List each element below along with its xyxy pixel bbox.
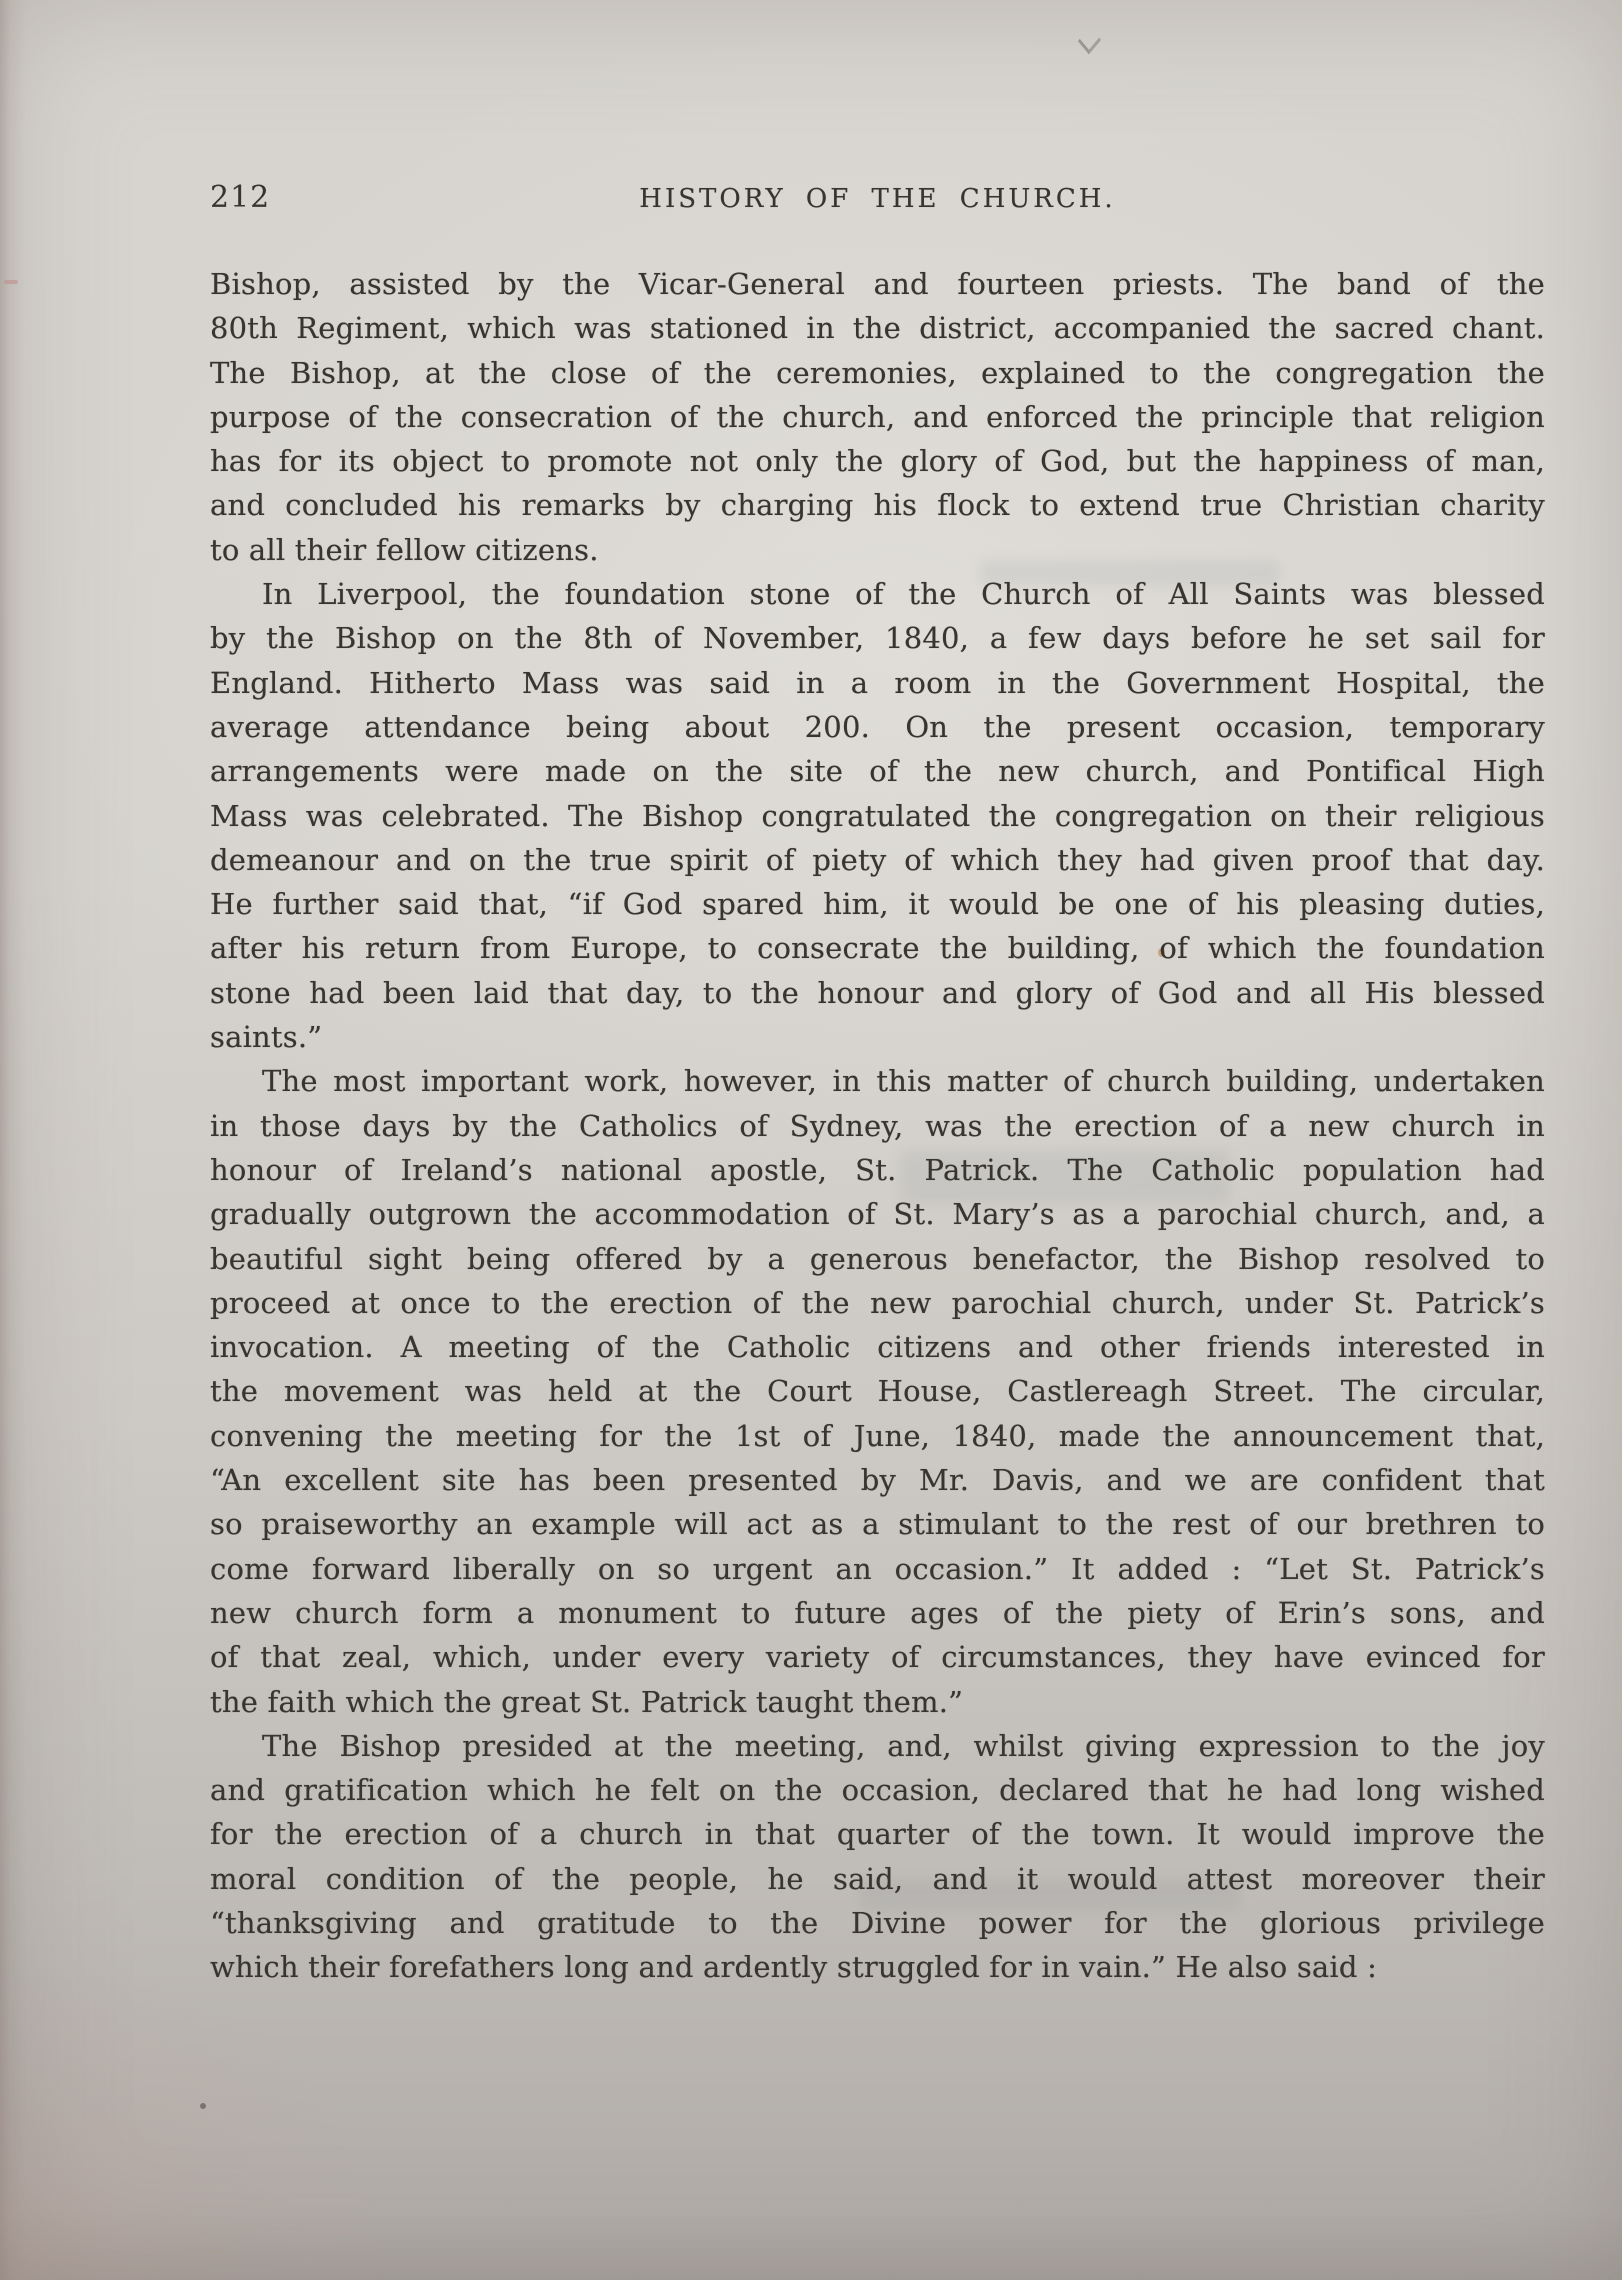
text-line: to all their fellow citizens. [210, 528, 1545, 572]
text-line: invocation. A meeting of the Catholic ci… [210, 1325, 1545, 1369]
text-line: stone had been laid that day, to the hon… [210, 971, 1545, 1015]
text-line: and gratification which he felt on the o… [210, 1768, 1545, 1812]
text-line: “An excellent site has been presented by… [210, 1458, 1545, 1502]
text-line: “thanksgiving and gratitude to the Divin… [210, 1901, 1545, 1945]
text-line: for the erection of a church in that qua… [210, 1812, 1545, 1856]
text-line: proceed at once to the erection of the n… [210, 1281, 1545, 1325]
text-line: has for its object to promote not only t… [210, 439, 1545, 483]
text-line: beautiful sight being offered by a gener… [210, 1237, 1545, 1281]
text-line: the movement was held at the Court House… [210, 1369, 1545, 1413]
text-line: honour of Ireland’s national apostle, St… [210, 1148, 1545, 1192]
paper-blemish [4, 280, 18, 284]
running-title: HISTORY OF THE CHURCH. [210, 184, 1545, 214]
text-line: purpose of the consecration of the churc… [210, 395, 1545, 439]
text-line: saints.” [210, 1015, 1545, 1059]
text-line: In Liverpool, the foundation stone of th… [210, 572, 1545, 616]
text-line: after his return from Europe, to consecr… [210, 926, 1545, 970]
text-line: average attendance being about 200. On t… [210, 705, 1545, 749]
text-line: England. Hitherto Mass was said in a roo… [210, 661, 1545, 705]
text-line: gradually outgrown the accommodation of … [210, 1192, 1545, 1236]
text-line: Bishop, assisted by the Vicar-General an… [210, 262, 1545, 306]
ink-dot [200, 2103, 206, 2109]
text-line: The Bishop presided at the meeting, and,… [210, 1724, 1545, 1768]
text-line: convening the meeting for the 1st of Jun… [210, 1414, 1545, 1458]
text-line: and concluded his remarks by charging hi… [210, 483, 1545, 527]
text-line: demeanour and on the true spirit of piet… [210, 838, 1545, 882]
text-line: arrangements were made on the site of th… [210, 749, 1545, 793]
text-line: 80th Regiment, which was stationed in th… [210, 306, 1545, 350]
text-line: moral condition of the people, he said, … [210, 1857, 1545, 1901]
text-line: new church form a monument to future age… [210, 1591, 1545, 1635]
pencil-mark [1078, 27, 1101, 55]
running-head: 212 HISTORY OF THE CHURCH. [210, 178, 1545, 218]
text-line: in those days by the Catholics of Sydney… [210, 1104, 1545, 1148]
text-line: The most important work, however, in thi… [210, 1059, 1545, 1103]
page-body: Bishop, assisted by the Vicar-General an… [210, 262, 1545, 1990]
text-line: He further said that, “if God spared him… [210, 882, 1545, 926]
text-line: Mass was celebrated. The Bishop congratu… [210, 794, 1545, 838]
text-line: by the Bishop on the 8th of November, 18… [210, 616, 1545, 660]
text-line: so praiseworthy an example will act as a… [210, 1502, 1545, 1546]
text-line: The Bishop, at the close of the ceremoni… [210, 351, 1545, 395]
text-line: which their forefathers long and ardentl… [210, 1945, 1545, 1989]
book-page-scan: 212 HISTORY OF THE CHURCH. Bishop, assis… [0, 0, 1622, 2280]
text-line: the faith which the great St. Patrick ta… [210, 1680, 1545, 1724]
text-line: come forward liberally on so urgent an o… [210, 1547, 1545, 1591]
text-line: of that zeal, which, under every variety… [210, 1635, 1545, 1679]
